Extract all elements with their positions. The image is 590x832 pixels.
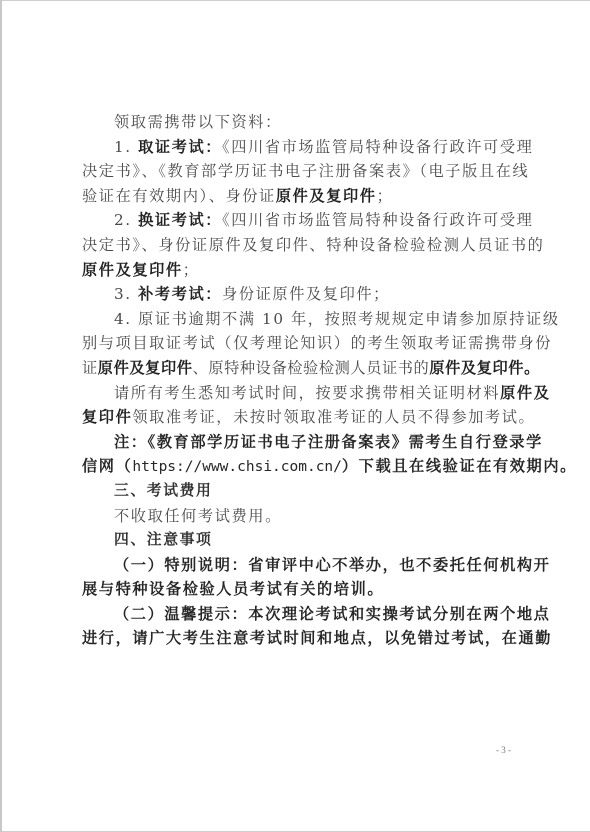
reminder-text-2: 领取准考证，未按时领取准考证的人员不得参加考试。 [132,408,535,426]
item2-number: 2. [114,211,138,229]
section4-p2-line1: （二）温馨提示：本次理论考试和实操考试分别在两个地点 [82,602,518,627]
item2-emphasis: 原件及复印件 [82,261,183,279]
section4-p1-line1: （一）特别说明：省审评中心不举办，也不委托任何机构开 [82,553,518,578]
note-text-a: 信网（ [82,457,132,475]
item1-title: 取证考试： [138,138,222,156]
reminder-line2: 复印件领取准考证，未按时领取准考证的人员不得参加考试。 [82,405,518,430]
note-line2: 信网（https://www.chsi.com.cn/）下载且在线验证在有效期内… [82,454,518,479]
reminder-text: 请所有考生悉知考试时间，按要求携带相关证明材料 [114,384,500,402]
section3-text: 不收取任何考试费用。 [82,504,518,529]
item2-line1: 2. 换证考试：《四川省市场监管局特种设备行政许可受理 [82,208,518,233]
item1-emphasis: 原件及复印件 [276,187,377,205]
item3-line: 3. 补考考试：身份证原件及复印件； [82,282,518,307]
reminder-emphasis-2: 复印件 [82,408,132,426]
reminder-emphasis-1: 原件及 [500,384,550,402]
item2-title: 换证考试： [138,211,222,229]
intro-line: 领取需携带以下资料： [82,110,518,135]
item1-text-c: ； [377,187,394,205]
item2-text: 《四川省市场监管局特种设备行政许可受理 [222,211,533,229]
item1-line3: 验证在有效期内）、身份证原件及复印件； [82,184,518,209]
item4-text-e: 。 [524,359,540,377]
item1-line1: 1. 取证考试：《四川省市场监管局特种设备行政许可受理 [82,135,518,160]
item3-text: 身份证原件及复印件； [222,285,390,303]
item1-line2: 决定书》、《教育部学历证书电子注册备案表》（电子版且在线 [82,159,518,184]
item2-text-c: ； [183,261,200,279]
item2-line3: 原件及复印件； [82,258,518,283]
item3-title: 补考考试： [138,285,222,303]
item4-emphasis-2: 原件及复印件 [429,359,524,377]
note-text-b: ）下载且在线验证在有效期内。 [342,457,577,475]
item4-line2: 别与项目取证考试（仅考理论知识）的考生领取考证需携带身份 [82,331,518,356]
section4-heading: 四、注意事项 [82,528,518,553]
item1-text-a: 验证在有效期内）、身份证 [82,187,276,205]
section4-p2-line2: 进行，请广大考生注意考试时间和地点，以免错过考试，在通勤 [82,626,518,651]
item1-text: 《四川省市场监管局特种设备行政许可受理 [222,138,533,156]
item2-line2: 决定书》、身份证原件及复印件、特种设备检验检测人员证书的 [82,233,518,258]
section3-heading: 三、考试费用 [82,479,518,504]
document-body: 领取需携带以下资料： 1. 取证考试：《四川省市场监管局特种设备行政许可受理 决… [82,110,518,651]
section4-p1-line2: 展与特种设备检验人员考试有关的培训。 [82,577,518,602]
item4-line1: 4. 原证书逾期不满 10 年，按照考规规定申请参加原持证级 [82,307,518,332]
item4-line3: 证原件及复印件、原特种设备检验检测人员证书的原件及复印件。 [82,356,518,381]
note-line1: 注：《教育部学历证书电子注册备案表》需考生自行登录学 [82,430,518,455]
chsi-link[interactable]: https://www.chsi.com.cn/ [132,459,342,475]
item3-number: 3. [114,285,138,303]
reminder-line1: 请所有考生悉知考试时间，按要求携带相关证明材料原件及 [82,381,518,406]
item4-emphasis-1: 原件及复印件 [98,359,193,377]
page-number: - 3 - [496,745,511,755]
item1-number: 1. [114,138,138,156]
item4-text-c: 、原特种设备检验检测人员证书的 [193,359,430,377]
item4-text-a: 证 [82,359,98,377]
